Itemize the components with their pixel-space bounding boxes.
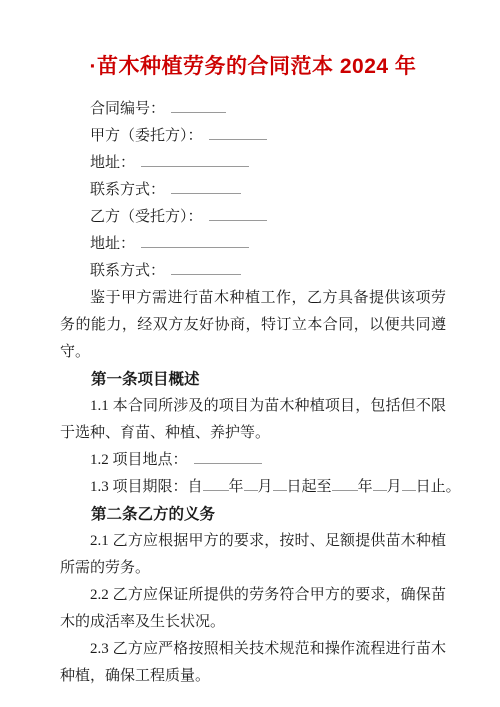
clause-1-3-year2-label: 年 xyxy=(358,479,373,495)
blank-line-end-month xyxy=(373,476,387,491)
blank-line-project-location xyxy=(194,449,262,464)
blank-line-end-year xyxy=(332,476,358,491)
blank-line-start-day xyxy=(273,476,287,491)
blank-line-start-month xyxy=(244,476,258,491)
field-row-party-a-contact: 联系方式： xyxy=(60,177,446,204)
field-row-party-a-address: 地址： xyxy=(60,150,446,177)
blank-line-contract-number xyxy=(171,98,226,113)
field-label-contract-number: 合同编号： xyxy=(90,101,165,117)
blank-line-party-a-contact xyxy=(171,179,241,194)
field-label-party-a-address: 地址： xyxy=(90,155,135,171)
clause-2-3: 2.3 乙方应严格按照相关技术规范和操作流程进行苗木种植，确保工程质量。 xyxy=(60,636,446,690)
blank-line-party-b xyxy=(209,206,267,221)
contract-document: ·苗木种植劳务的合同范本 2024 年 合同编号： 甲方（委托方）： 地址： 联… xyxy=(0,0,500,707)
clause-1-2: 1.2 项目地点： xyxy=(60,447,446,474)
clause-1-2-label: 1.2 项目地点： xyxy=(90,452,188,468)
clause-2-1: 2.1 乙方应根据甲方的要求，按时、足额提供苗木种植所需的劳务。 xyxy=(60,528,446,582)
clause-1-1: 1.1 本合同所涉及的项目为苗木种植项目，包括但不限于选种、育苗、种植、养护等。 xyxy=(60,393,446,447)
blank-line-start-year xyxy=(203,476,229,491)
clause-1-3-mid: 日起至 xyxy=(287,479,332,495)
section-2-heading: 第二条乙方的义务 xyxy=(60,501,446,528)
field-label-party-a-contact: 联系方式： xyxy=(90,182,165,198)
field-row-contract-number: 合同编号： xyxy=(60,96,446,123)
field-row-party-a: 甲方（委托方）： xyxy=(60,123,446,150)
clause-1-3-prefix: 1.3 项目期限：自 xyxy=(90,479,203,495)
field-row-party-b: 乙方（受托方）： xyxy=(60,204,446,231)
clause-1-3-suffix: 日止。 xyxy=(416,479,461,495)
field-row-party-b-address: 地址： xyxy=(60,231,446,258)
blank-line-end-day xyxy=(402,476,416,491)
clause-1-3-year-label: 年 xyxy=(229,479,244,495)
clause-1-3: 1.3 项目期限：自年月日起至年月日止。 xyxy=(60,474,446,501)
blank-line-party-b-contact xyxy=(171,260,241,275)
clause-1-3-month-label: 月 xyxy=(258,479,273,495)
blank-line-party-b-address xyxy=(141,233,249,248)
field-label-party-a: 甲方（委托方）： xyxy=(90,128,203,144)
preamble-paragraph: 鉴于甲方需进行苗木种植工作，乙方具备提供该项劳务的能力，经双方友好协商，特订立本… xyxy=(60,285,446,366)
clause-2-2: 2.2 乙方应保证所提供的劳务符合甲方的要求，确保苗木的成活率及生长状况。 xyxy=(60,582,446,636)
document-title: ·苗木种植劳务的合同范本 2024 年 xyxy=(60,50,446,80)
blank-line-party-a xyxy=(209,125,267,140)
section-1-heading: 第一条项目概述 xyxy=(60,366,446,393)
field-row-party-b-contact: 联系方式： xyxy=(60,258,446,285)
field-label-party-b-contact: 联系方式： xyxy=(90,263,165,279)
clause-1-3-month2-label: 月 xyxy=(387,479,402,495)
blank-line-party-a-address xyxy=(141,152,249,167)
field-label-party-b-address: 地址： xyxy=(90,236,135,252)
field-label-party-b: 乙方（受托方）： xyxy=(90,209,203,225)
